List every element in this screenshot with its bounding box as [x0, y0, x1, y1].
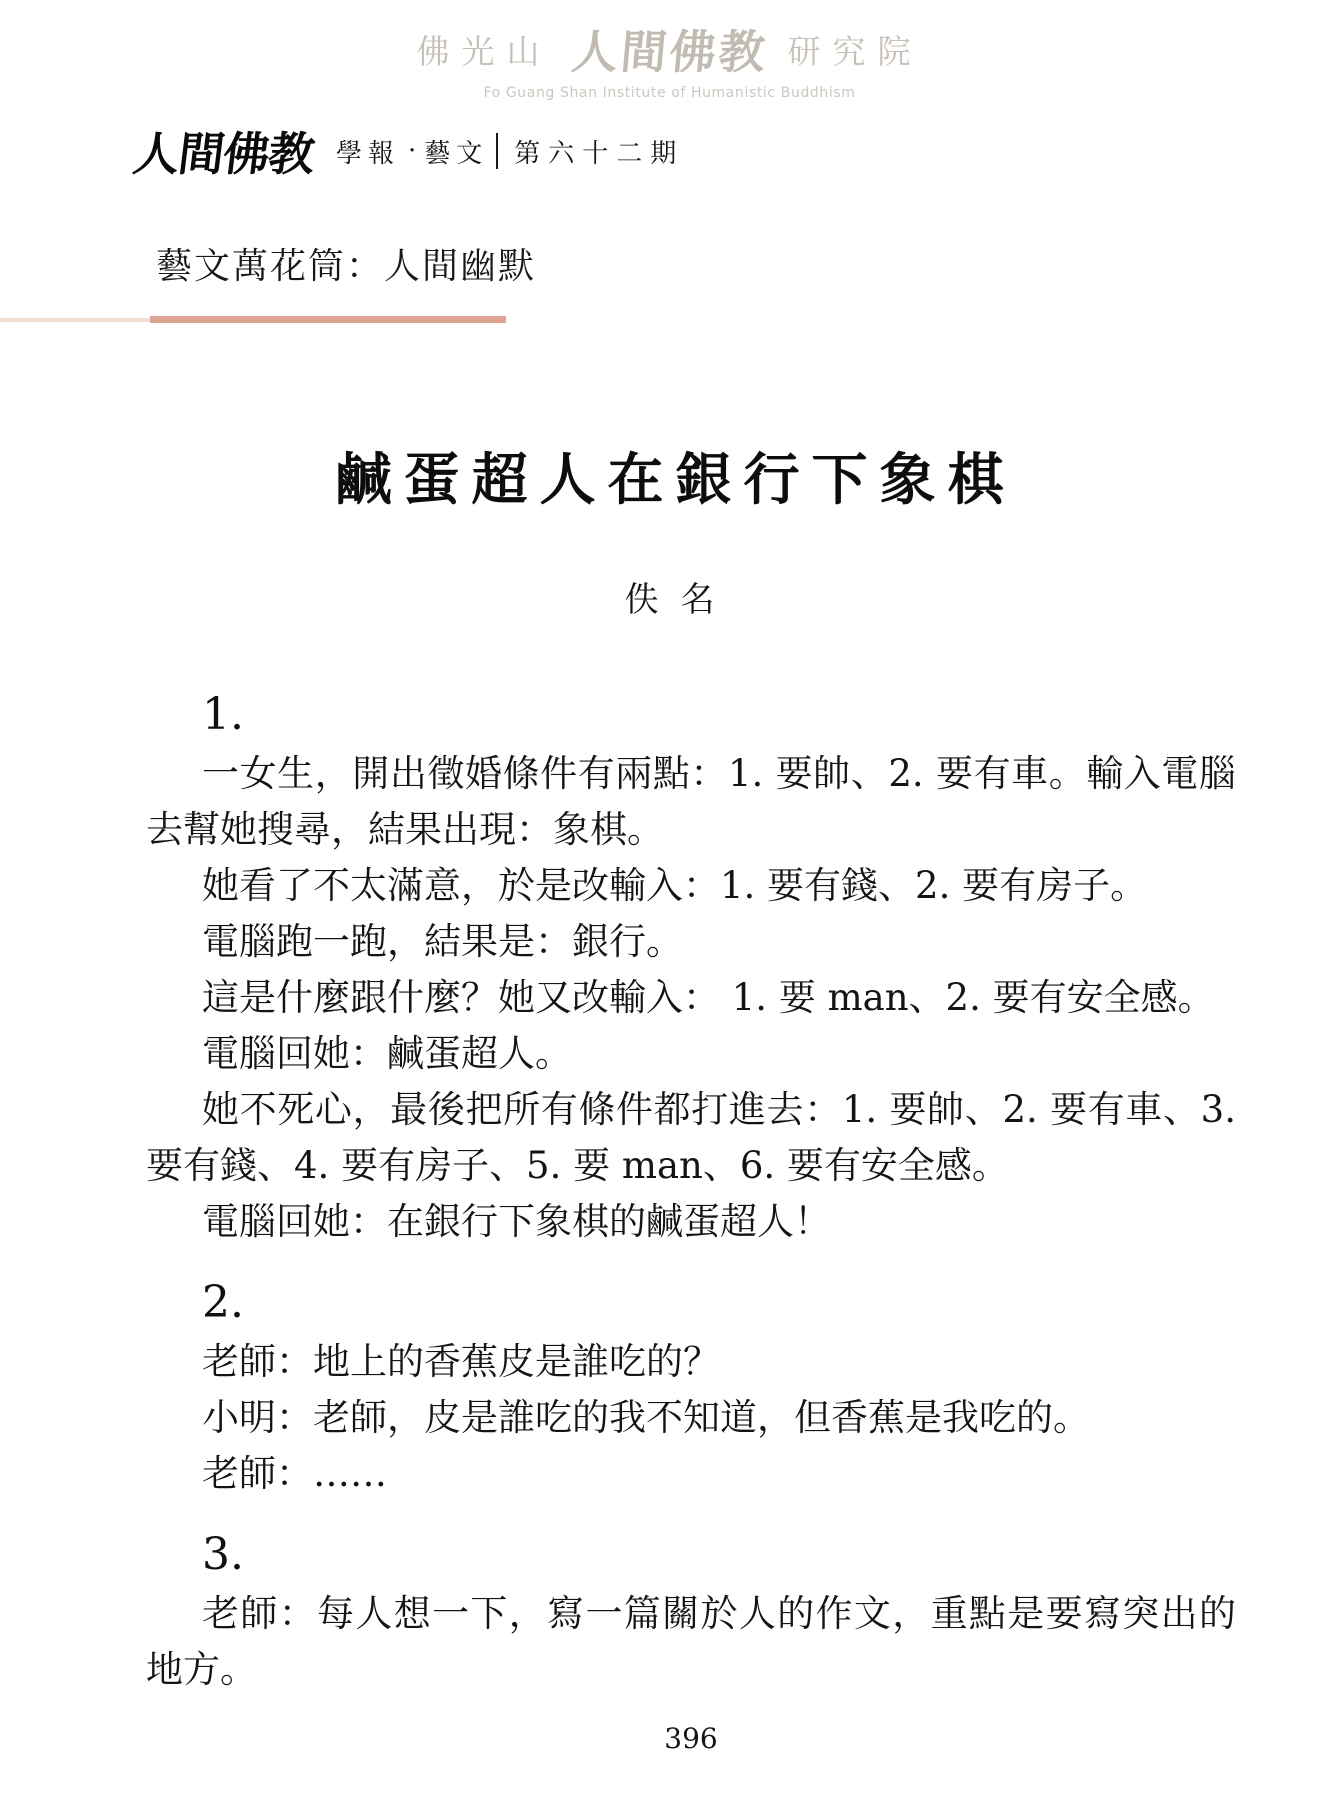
joke-section: 1.一女生，開出徵婚條件有兩點：1. 要帥、2. 要有車。輸入電腦去幫她搜尋，結… [146, 684, 1236, 1250]
watermark-chinese-line: 佛光山 人間佛教 研究院 [0, 16, 1339, 82]
article-title: 鹹蛋超人在銀行下象棋 [0, 436, 1339, 516]
issue-number: 第六十二期 [514, 133, 684, 170]
joke-section: 3.老師：每人想一下，寫一篇關於人的作文，重點是要寫突出的地方。 [146, 1524, 1236, 1698]
watermark-foguangshan: 佛光山 [417, 26, 552, 73]
category-label: 藝文萬花筒：人間幽默 [156, 238, 536, 289]
document-page: 佛光山 人間佛教 研究院 Fo Guang Shan Institute of … [0, 0, 1339, 1812]
joke-number: 1. [146, 684, 1236, 746]
journal-section: 藝文 [424, 133, 488, 170]
category-edge-line [0, 318, 150, 322]
journal-header: 人間佛教 學報 · 藝文 第六十二期 [134, 118, 684, 184]
institute-watermark: 佛光山 人間佛教 研究院 Fo Guang Shan Institute of … [0, 16, 1339, 101]
joke-paragraph: 老師：…… [146, 1446, 1236, 1502]
article-body: 1.一女生，開出徵婚條件有兩點：1. 要帥、2. 要有車。輸入電腦去幫她搜尋，結… [146, 684, 1236, 1755]
joke-paragraph: 一女生，開出徵婚條件有兩點：1. 要帥、2. 要有車。輸入電腦去幫她搜尋，結果出… [146, 746, 1236, 858]
joke-paragraph: 老師：每人想一下，寫一篇關於人的作文，重點是要寫突出的地方。 [146, 1586, 1236, 1698]
joke-paragraph: 小明：老師，皮是誰吃的我不知道，但香蕉是我吃的。 [146, 1390, 1236, 1446]
watermark-english-line: Fo Guang Shan Institute of Humanistic Bu… [0, 85, 1339, 101]
joke-number: 2. [146, 1272, 1236, 1334]
watermark-logo: 人間佛教 [569, 16, 771, 82]
joke-number: 3. [146, 1524, 1236, 1586]
page-number: 396 [146, 1722, 1236, 1755]
joke-paragraph: 這是什麼跟什麼？她又改輸入： 1. 要 man、2. 要有安全感。 [146, 970, 1236, 1026]
joke-paragraph: 電腦跑一跑，結果是：銀行。 [146, 914, 1236, 970]
joke-paragraph: 電腦回她：鹹蛋超人。 [146, 1026, 1236, 1082]
joke-paragraph: 電腦回她：在銀行下象棋的鹹蛋超人！ [146, 1194, 1236, 1250]
joke-paragraph: 她不死心，最後把所有條件都打進去：1. 要帥、2. 要有車、3. 要有錢、4. … [146, 1082, 1236, 1194]
separator-dot: · [408, 136, 416, 166]
article-author: 佚名 [0, 572, 1339, 621]
journal-name: 學報 [336, 133, 400, 170]
joke-paragraph: 老師：地上的香蕉皮是誰吃的？ [146, 1334, 1236, 1390]
joke-paragraph: 她看了不太滿意，於是改輸入：1. 要有錢、2. 要有房子。 [146, 858, 1236, 914]
watermark-institute: 研究院 [788, 26, 923, 73]
journal-logo: 人間佛教 [130, 118, 318, 184]
separator-bar [496, 133, 498, 169]
category-underline [150, 316, 506, 323]
joke-section: 2.老師：地上的香蕉皮是誰吃的？小明：老師，皮是誰吃的我不知道，但香蕉是我吃的。… [146, 1272, 1236, 1502]
